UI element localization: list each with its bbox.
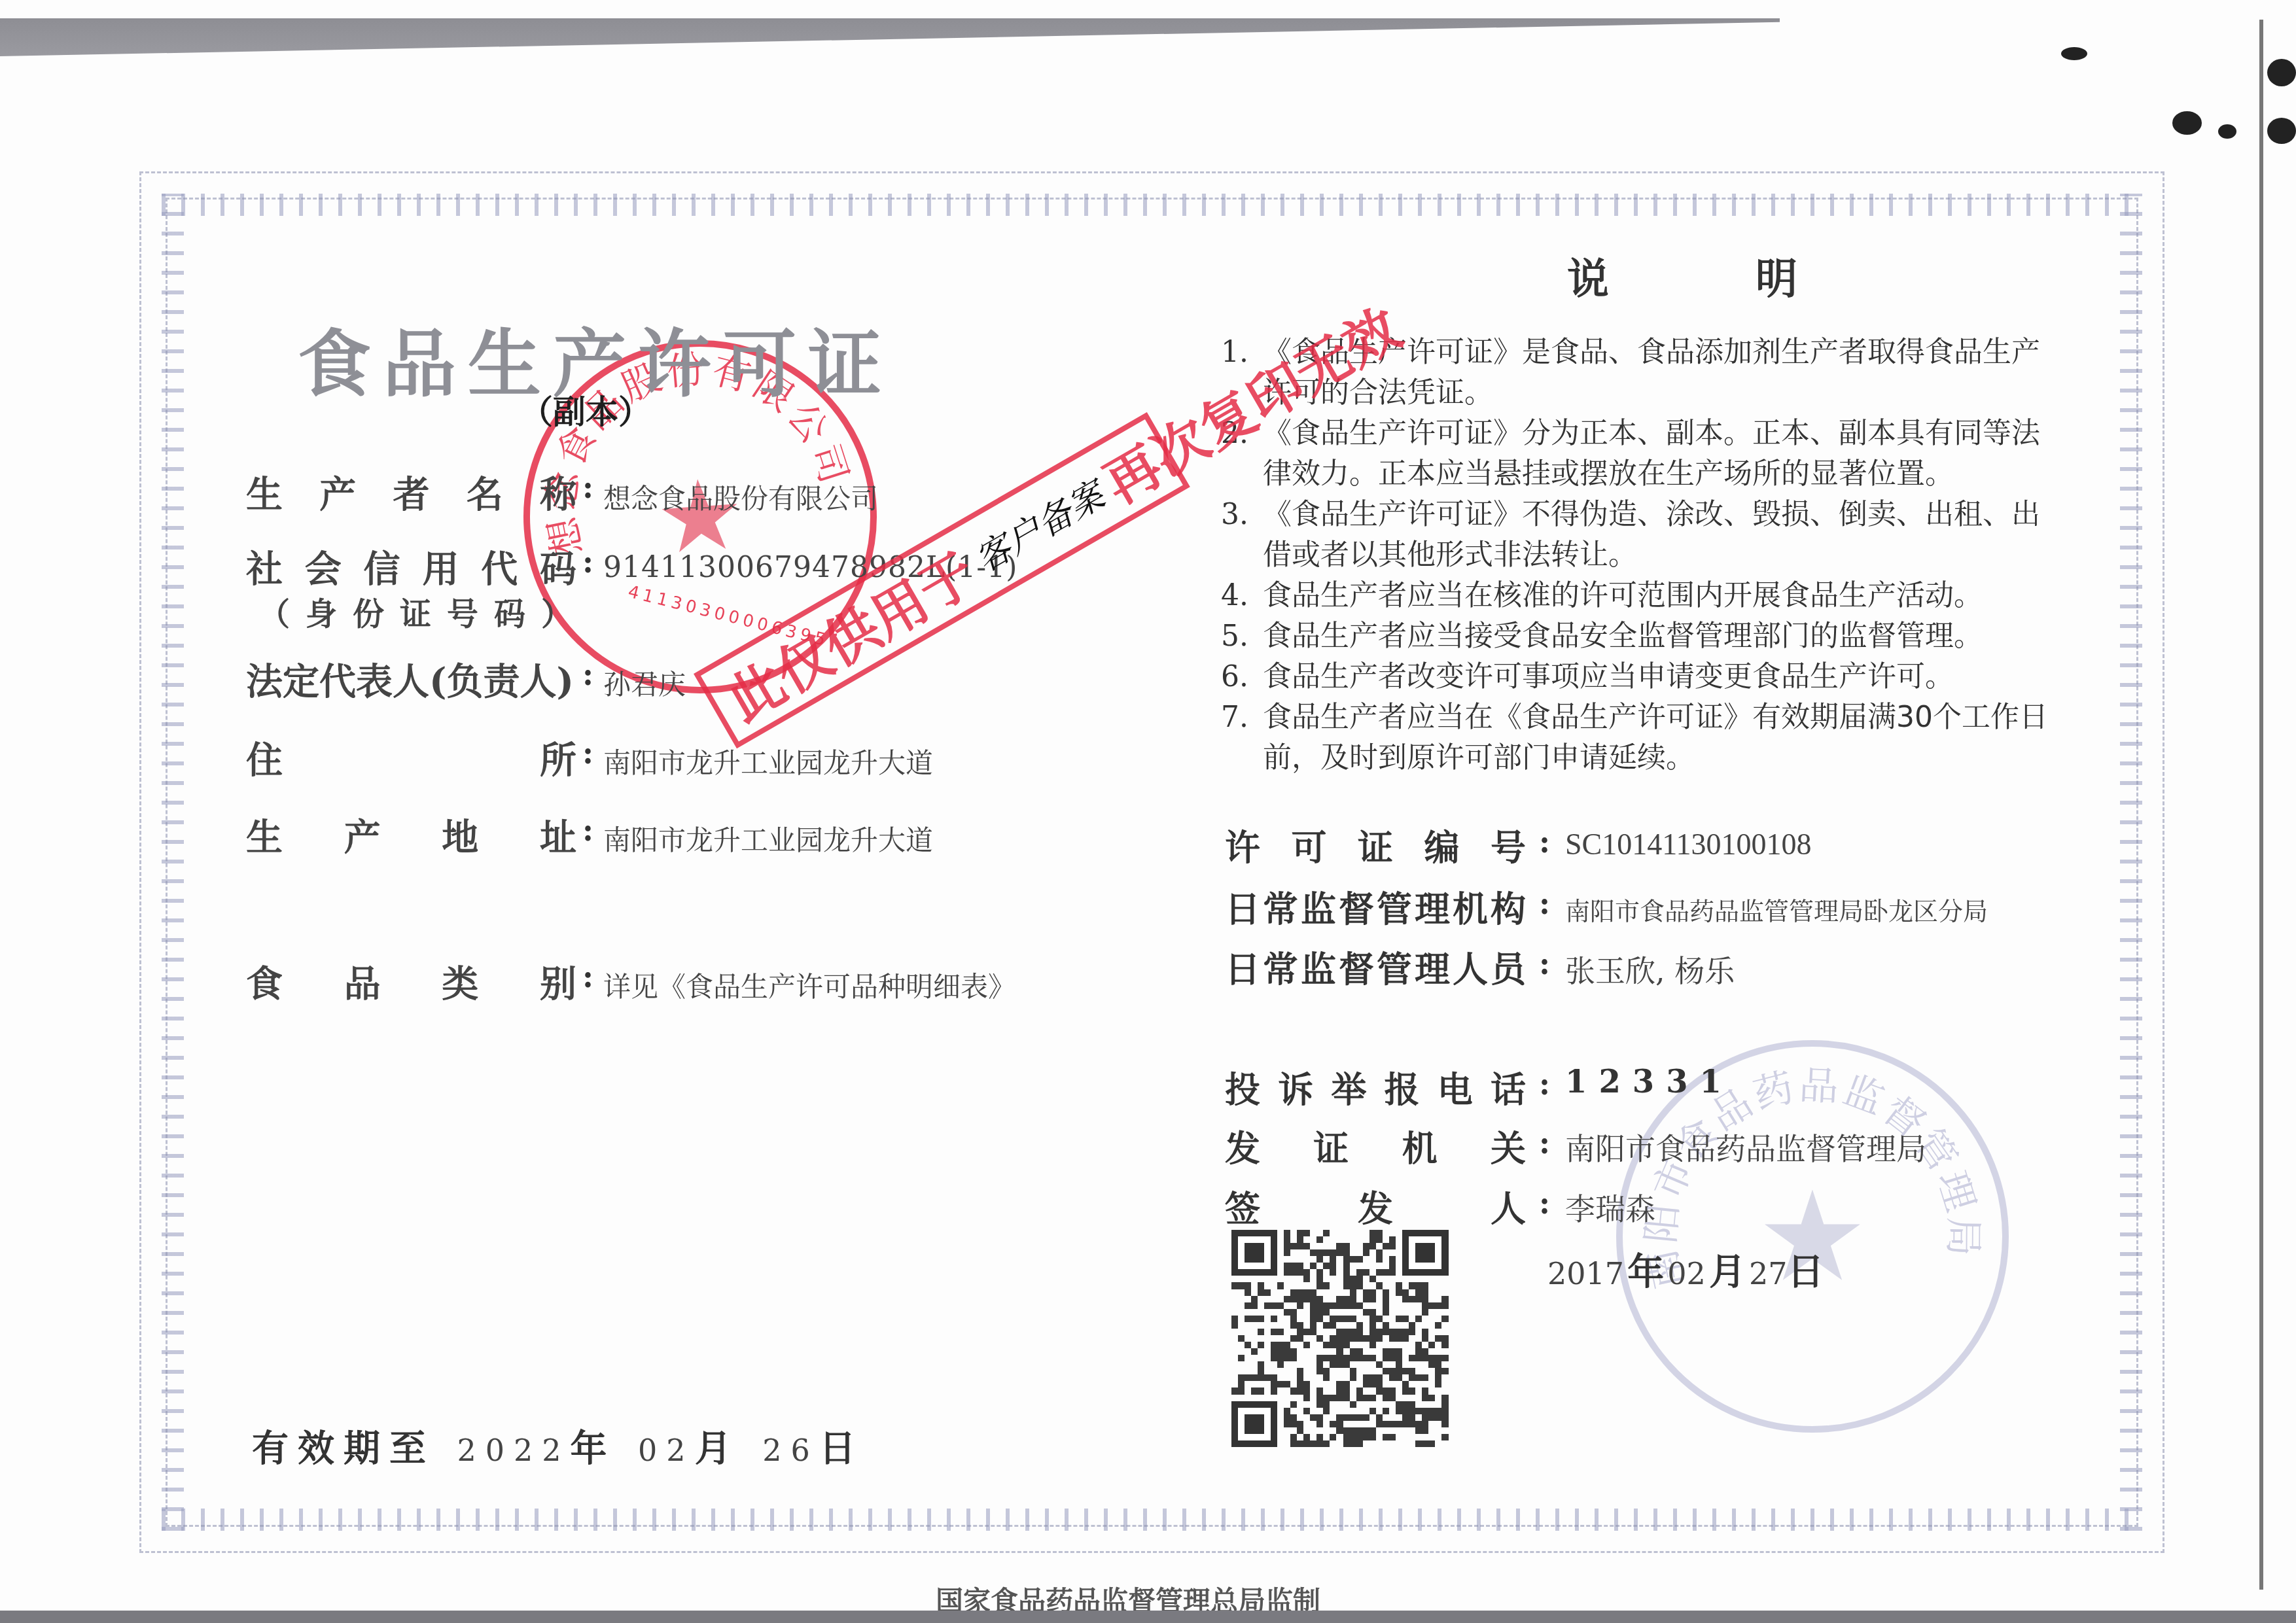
label-char: 常 [1263,942,1298,992]
label-char: 理 [1415,942,1450,992]
label-char: 代 [481,540,518,593]
note-item: 3.《食品生产许可证》不得伪造、涂改、毁损、倒卖、出租、出借或者以其他形式非法转… [1221,495,2065,576]
ink-spot [2061,47,2087,60]
label-char: 日 [1225,942,1260,992]
label-char: 常 [1263,882,1298,932]
field-label-id-number: （身份证号码） [258,589,573,634]
label-char: 机 [1402,1121,1438,1172]
colon: : [582,470,593,505]
label-char: 监 [1301,882,1336,932]
colon: : [1539,1125,1550,1161]
validity-year: 2022 [457,1433,571,1468]
issue-year: 2017 [1547,1256,1624,1291]
supervision-agency-value: 南阳市食品药品监管管理局卧龙区分局 [1565,891,1988,927]
issue-date: 2017 年 02 月 27日 [1547,1243,1824,1295]
issuer-label: 发证机关 [1225,1121,1526,1172]
day-unit: 日 [1788,1250,1824,1293]
label-char: 证 [1358,820,1393,871]
validity-month: 02 [638,1433,695,1468]
label-char: 机 [1453,882,1488,932]
ink-spot [2172,111,2202,135]
note-item: 5.食品生产者应当接受食品安全监督管理部门的监督管理。 [1221,616,2065,657]
label-char: 生 [246,809,283,861]
scan-bottom-edge [0,1611,2296,1623]
qr-code[interactable] [1227,1230,1453,1447]
label-char: 类 [442,955,478,1007]
note-number: 4. [1221,576,1248,616]
note-number: 5. [1221,616,1248,657]
label-char: 称 [540,466,576,518]
label-char: 生 [246,466,283,518]
notes-title: 说 明 [1567,245,1850,305]
note-text: 食品生产者应当接受食品安全监督管理部门的监督管理。 [1263,620,1983,653]
label-char: 诉 [1278,1062,1313,1113]
colon: : [1539,1066,1550,1102]
producer-name-value: 想念食品股份有限公司 [603,478,878,517]
legal-rep-value: 孙君庆 [603,663,686,703]
label-char: 督 [1339,882,1374,932]
note-text: 食品生产者应当在《食品生产许可证》有效期届满30个工作日前，及时到原许可部门申请… [1263,701,2048,775]
note-item: 7.食品生产者应当在《食品生产许可证》有效期届满30个工作日前，及时到原许可部门… [1221,697,2065,778]
label-char: 号 [447,589,478,634]
validity-label: 有效期至 [252,1427,435,1470]
label-char: 可 [1292,820,1327,871]
notes-list: 1.《食品生产许可证》是食品、食品添加剂生产者取得食品生产许可的合法凭证。2.《… [1221,332,2065,778]
issue-month: 02 [1667,1256,1706,1291]
month-unit: 月 [1709,1250,1746,1293]
supervision-agency-label: 日常监督管理机构 [1225,882,1526,932]
document-subtitle: （副本） [520,386,651,433]
note-item: 4.食品生产者应当在核准的许可范围内开展食品生产活动。 [1221,576,2065,616]
note-text: 《食品生产许可证》分为正本、副本。正本、副本具有同等法律效力。正本应当悬挂或摆放… [1263,417,2040,491]
note-text: 食品生产者改变许可事项应当申请变更食品生产许可。 [1263,660,1954,693]
label-char: 身 [306,589,337,634]
label-char: 发 [1225,1121,1260,1172]
day-unit: 日 [819,1427,865,1470]
colon: : [1539,824,1550,860]
colon: : [582,735,593,771]
note-text: 《食品生产许可证》不得伪造、涂改、毁损、倒卖、出租、出借或者以其他形式非法转让。 [1263,498,2040,572]
field-label-producer-name: 生产者名称 [246,466,576,518]
colon: : [1539,886,1550,921]
field-label-residence: 住所 [246,731,576,784]
label-char: 投 [1225,1062,1260,1113]
label-char: 人 [1453,942,1488,992]
year-unit: 年 [571,1427,616,1470]
label-char: 别 [540,955,576,1007]
issue-day: 27 [1749,1256,1788,1291]
field-label-production-address: 生产地址 [246,809,576,861]
scan-edge-line [2259,20,2263,1590]
ink-spot [2267,59,2296,86]
signer-value: 李瑞森 [1565,1185,1655,1229]
label-char: 许 [1225,820,1260,871]
year-unit: 年 [1627,1250,1664,1293]
label-char: 构 [1491,882,1526,932]
colon: : [582,812,593,848]
field-label-food-category: 食品类别 [246,955,576,1007]
label-char: 证 [400,589,431,634]
label-char: 理 [1415,882,1450,932]
label-char: 号 [1491,820,1526,871]
label-char: 编 [1424,820,1460,871]
label-char: 名 [467,466,503,518]
label-char: 份 [353,589,384,634]
label-char: 住 [246,731,283,784]
note-item: 2.《食品生产许可证》分为正本、副本。正本、副本具有同等法律效力。正本应当悬挂或… [1221,413,2065,495]
label-char: 日 [1225,882,1260,932]
validity: 有效期至 2022年 02月 26日 [252,1420,865,1472]
supervision-staff-label: 日常监督管理人员 [1225,942,1526,992]
label-char: 监 [1301,942,1336,992]
colon: : [1539,946,1550,981]
field-label-credit-code: 社会信用代码 [246,540,576,593]
label-char: 用 [422,540,459,593]
field-label-legal-rep: 法定代表人(负责人) [246,653,574,705]
label-char: 管 [1377,882,1412,932]
label-char: 食 [246,955,283,1007]
colon: : [582,657,593,692]
label-char: 社 [246,540,283,593]
colon: : [582,544,593,580]
label-char: 报 [1385,1062,1420,1113]
supervision-staff-value: 张玉欣, 杨乐 [1565,947,1735,990]
food-category-value: 详见《食品生产许可品种明细表》 [603,966,1016,1005]
ink-spot [2267,118,2296,144]
scan-shadow [0,18,1780,56]
label-char: 督 [1339,942,1374,992]
label-char: ） [541,589,573,634]
colon: : [1539,1185,1550,1221]
note-text: 食品生产者应当在核准的许可范围内开展食品生产活动。 [1263,579,1983,612]
label-char: 者 [393,466,430,518]
colon: : [582,959,593,994]
validity-day: 26 [762,1433,819,1468]
issuer-value: 南阳市食品药品监督管理局 [1565,1125,1926,1168]
label-char: 证 [1313,1121,1349,1172]
label-char: 管 [1377,942,1412,992]
label-char: 员 [1491,942,1526,992]
label-char: 信 [364,540,400,593]
note-number: 7. [1221,697,1248,738]
authority-seal-text: 南阳市食品药品监督管理局 [1623,1047,2002,1426]
label-char: 发 [1358,1181,1393,1232]
label-char: 会 [305,540,342,593]
residence-value: 南阳市龙升工业园龙升大道 [603,742,933,781]
note-number: 6. [1221,657,1248,697]
note-item: 6.食品生产者改变许可事项应当申请变更食品生产许可。 [1221,657,2065,697]
label-char: 电 [1438,1062,1473,1113]
production-address-value: 南阳市龙升工业园龙升大道 [603,819,933,858]
label-char: 签 [1225,1181,1260,1232]
note-number: 3. [1221,495,1248,535]
label-char: 产 [319,466,356,518]
license-number-label: 许可证编号 [1225,820,1526,871]
label-char: （ [258,589,290,634]
label-char: 关 [1491,1121,1526,1172]
label-char: 地 [442,809,478,861]
license-number-value: SC10141130100108 [1565,827,1812,862]
label-char: 产 [344,809,381,861]
label-char: 址 [540,809,576,861]
label-char: 人 [1491,1181,1526,1232]
label-char: 举 [1331,1062,1366,1113]
label-char: 码 [540,540,576,593]
label-char: 所 [540,731,576,784]
ink-spot [2218,124,2236,139]
hotline-label: 投诉举报电话 [1225,1062,1526,1113]
signer-label: 签发人 [1225,1181,1526,1232]
label-char: 话 [1491,1062,1526,1113]
month-unit: 月 [695,1427,741,1470]
label-char: 品 [344,955,381,1007]
label-char: 码 [494,589,525,634]
hotline-value: 12331 [1565,1064,1733,1100]
